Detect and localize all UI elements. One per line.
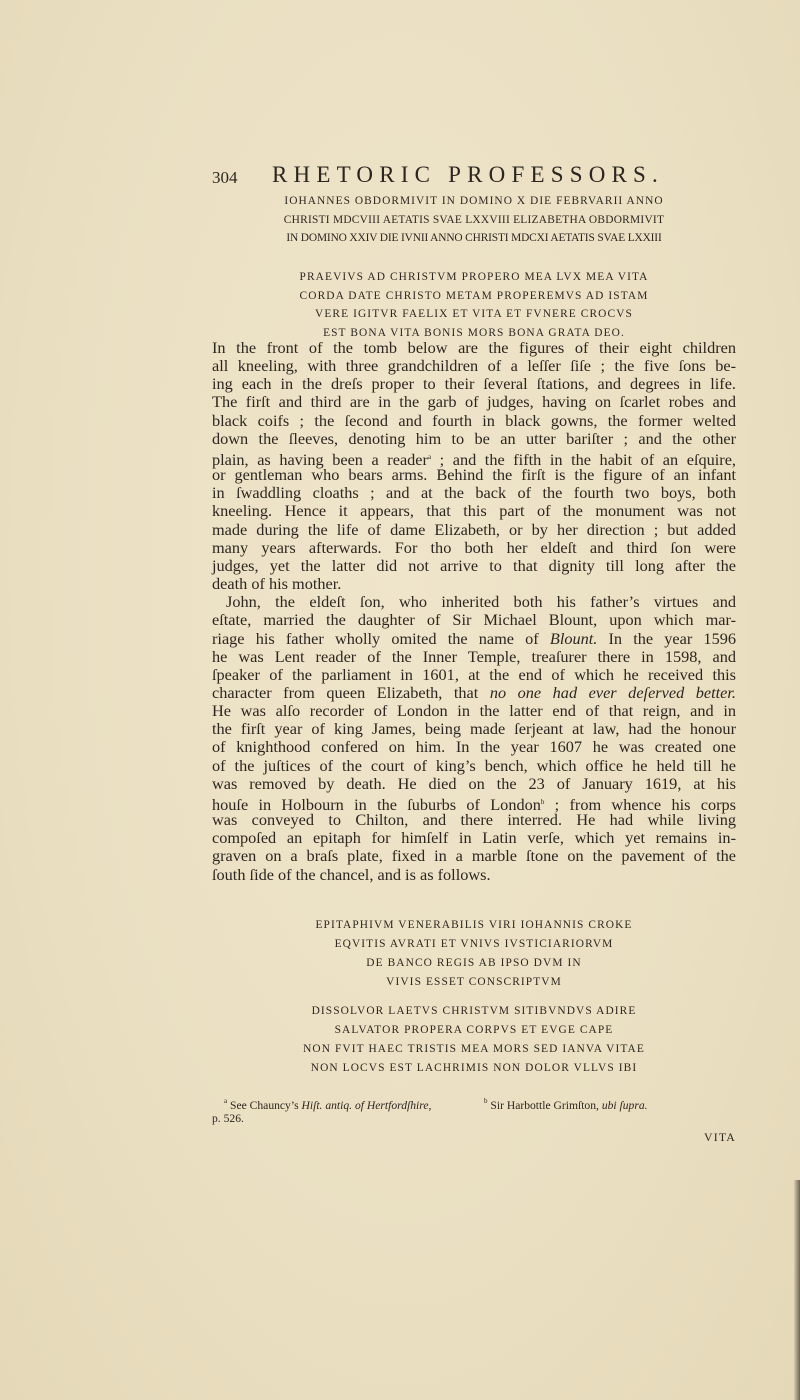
text-line: he was Lent reader of the Inner Temple, … — [212, 648, 736, 666]
footnote-a-continued: p. 526. — [212, 1110, 244, 1127]
footnote-text: Sir Harbottle Grimſton, — [488, 1099, 602, 1112]
inscription-line: CHRISTI MDCVIII AETATIS SVAE LXXVIII ELI… — [212, 211, 736, 230]
text-line: of the juſtices of the court of king’s b… — [212, 757, 736, 775]
footnote-a: a See Chauncy’s Hiſt. antiq. of Hertford… — [224, 1093, 431, 1114]
text-line: houſe in Holbourn in the ſuburbs of Lond… — [212, 793, 736, 811]
inscription-line: IN DOMINO XXIV DIE IVNII ANNO CHRISTI MD… — [212, 229, 736, 248]
text-span: riage his father wholly omited the name … — [212, 629, 539, 648]
text-line: ing each in the dreſs proper to their ſe… — [212, 375, 736, 393]
text-line: plain, as having been a readera ; and th… — [212, 448, 736, 466]
epitaph-line: DE BANCO REGIS AB IPSO DVM IN — [212, 954, 736, 973]
text-line: death of his mother. — [212, 575, 736, 593]
epitaph-heading: EPITAPHIVM VENERABILIS VIRI IOHANNIS CRO… — [212, 916, 736, 992]
verse-line: SALVATOR PROPERA CORPVS ET EVGE CAPE — [212, 1021, 736, 1040]
footnote-b: b Sir Harbottle Grimſton, ubi ſupra. — [484, 1093, 648, 1114]
verse-line: PRAEVIVS AD CHRISTVM PROPERO MEA LVX MEA… — [212, 268, 736, 287]
text-line: kneeling. Hence it appears, that this pa… — [212, 502, 736, 520]
italic-name: Blount. — [550, 629, 597, 648]
text-line: down the ſleeves, denoting him to be an … — [212, 430, 736, 448]
running-title: RHETORIC PROFESSORS. — [272, 162, 664, 188]
text-line: of knighthood confered on him. In the ye… — [212, 738, 736, 756]
verse-line: VERE IGITVR FAELIX ET VITA ET FVNERE CRO… — [212, 305, 736, 324]
text-line: black coifs ; the ſecond and fourth in b… — [212, 412, 736, 430]
footnote-italic: Hiſt. antiq. of Hertfordſhire, — [302, 1099, 432, 1112]
text-line: graven on a braſs plate, fixed in a marb… — [212, 847, 736, 865]
text-span: character from queen Elizabeth, that — [212, 683, 478, 702]
page-number: 304 — [212, 168, 238, 188]
text-line: John, the eldeſt ſon, who inherited both… — [212, 593, 736, 611]
text-line: He was alſo recorder of London in the la… — [212, 702, 736, 720]
text-line: judges, yet the latter did not arrive to… — [212, 557, 736, 575]
verse-line: DISSOLVOR LAETVS CHRISTVM SITIBVNDVS ADI… — [212, 1002, 736, 1021]
catchword: VITA — [704, 1130, 736, 1145]
text-line: riage his father wholly omited the name … — [212, 630, 736, 648]
epitaph-line: VIVIS ESSET CONSCRIPTVM — [212, 973, 736, 992]
text-line: all kneeling, with three grandchildren o… — [212, 357, 736, 375]
text-line: made during the life of dame Elizabeth, … — [212, 521, 736, 539]
text-line: character from queen Elizabeth, that no … — [212, 684, 736, 702]
tomb-verse: PRAEVIVS AD CHRISTVM PROPERO MEA LVX MEA… — [212, 268, 736, 342]
text-line: in ſwaddling cloaths ; and at the back o… — [212, 484, 736, 502]
text-line: ſouth ſide of the chancel, and is as fol… — [212, 866, 736, 884]
verse-line: NON LOCVS EST LACHRIMIS NON DOLOR VLLVS … — [212, 1059, 736, 1078]
epitaph-line: EPITAPHIVM VENERABILIS VIRI IOHANNIS CRO… — [212, 916, 736, 935]
page-header: 304 RHETORIC PROFESSORS. — [212, 162, 736, 188]
text-line: ſpeaker of the parliament in 1601, at th… — [212, 666, 736, 684]
inscription-line: IOHANNES OBDORMIVIT IN DOMINO X DIE FEBR… — [212, 192, 736, 211]
text-span: In the year 1596 — [597, 629, 736, 648]
text-line: The firſt and third are in the garb of j… — [212, 393, 736, 411]
body-paragraphs: In the front of the tomb below are the f… — [212, 339, 736, 884]
epitaph-verse: DISSOLVOR LAETVS CHRISTVM SITIBVNDVS ADI… — [212, 1002, 736, 1078]
footnote-italic: ubi ſupra. — [602, 1099, 648, 1112]
text-line: was removed by death. He died on the 23 … — [212, 775, 736, 793]
verse-line: CORDA DATE CHRISTO METAM PROPEREMVS AD I… — [212, 287, 736, 306]
tomb-inscription: IOHANNES OBDORMIVIT IN DOMINO X DIE FEBR… — [212, 192, 736, 248]
text-line: or gentleman who bears arms. Behind the … — [212, 466, 736, 484]
text-line: eſtate, married the daughter of Sir Mich… — [212, 611, 736, 629]
text-line: many years afterwards. For tho both her … — [212, 539, 736, 557]
epitaph-line: EQVITIS AVRATI ET VNIVS IVSTICIARIORVM — [212, 935, 736, 954]
verse-line: NON FVIT HAEC TRISTIS MEA MORS SED IANVA… — [212, 1040, 736, 1059]
text-line: was conveyed to Chilton, and there inter… — [212, 811, 736, 829]
text-line: the firſt year of king James, being made… — [212, 720, 736, 738]
text-line: compoſed an epitaph for himſelf in Latin… — [212, 829, 736, 847]
page-edge-shadow — [794, 1180, 800, 1400]
italic-quote: no one had ever deſerved better. — [490, 683, 736, 702]
text-line: In the front of the tomb below are the f… — [212, 339, 736, 357]
